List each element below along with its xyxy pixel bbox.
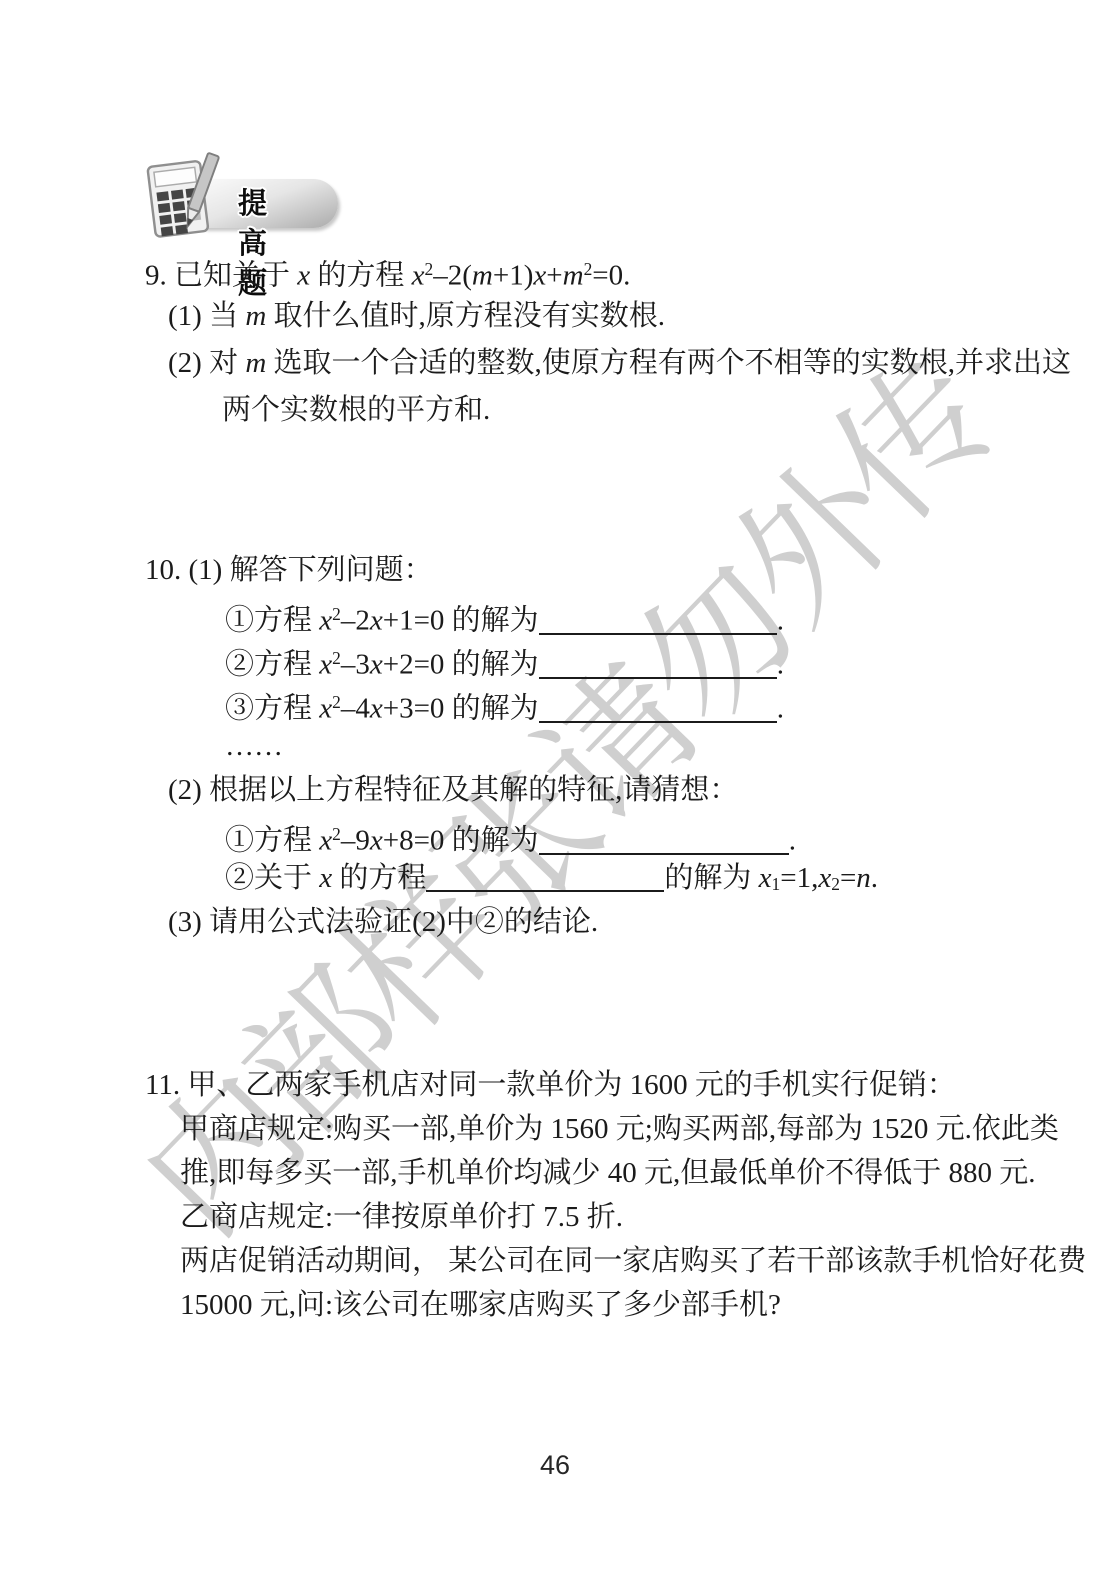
text-run: 2: [332, 604, 341, 624]
math-var: x: [370, 605, 383, 637]
text-run: –2(: [433, 260, 472, 292]
text-run: ①方程: [225, 825, 319, 857]
text-run: +1=0 的解为: [383, 605, 539, 637]
text-run: +1): [493, 260, 534, 292]
text-run: =: [840, 862, 856, 894]
calculator-pencil-icon: [140, 152, 228, 246]
text-run: (2) 对: [168, 347, 245, 379]
text-run: +3=0 的解为: [383, 693, 539, 725]
problem-line: ……: [225, 724, 1023, 768]
text-run: 2: [425, 259, 434, 279]
problem-line: ①方程 x2–9x+8=0 的解为.: [225, 812, 1023, 856]
text-run: .: [789, 825, 796, 857]
problem-9: 9. 已知关于 x 的方程 x2–2(m+1)x+m2=0.(1) 当 m 取什…: [143, 246, 1023, 434]
problem-line: 推,即每多买一部,手机单价均减少 40 元,但最低单价不得低于 880 元.: [180, 1151, 1023, 1195]
math-var: x: [533, 260, 546, 292]
problem-line: 两店促销活动期间， 某公司在同一家店购买了若干部该款手机恰好花费: [180, 1239, 1023, 1283]
text-run: 两个实数根的平方和.: [222, 394, 490, 426]
math-var: x: [319, 605, 332, 637]
text-run: +8=0 的解为: [383, 825, 539, 857]
problem-line: (3) 请用公式法验证(2)中②的结论.: [168, 900, 1023, 944]
text-run: 选取一个合适的整数,使原方程有两个不相等的实数根,并求出这: [266, 347, 1071, 379]
workbook-page: 内部样张请勿外传: [0, 0, 1110, 1571]
text-run: 的方程: [310, 260, 412, 292]
text-run: 2: [584, 259, 593, 279]
problem-line: 15000 元,问:该公司在哪家店购买了多少部手机?: [180, 1283, 1023, 1327]
text-run: .: [777, 605, 784, 637]
problem-line: 10. (1) 解答下列问题：: [145, 548, 1023, 592]
math-var: x: [370, 825, 383, 857]
problem-line: ②方程 x2–3x+2=0 的解为.: [225, 636, 1023, 680]
problem-line: ②关于 x 的方程的解为 x1=1,x2=n.: [225, 856, 1023, 900]
math-var: x: [370, 693, 383, 725]
text-run: 2: [332, 648, 341, 668]
answer-blank: [539, 847, 789, 855]
text-run: ③方程: [225, 693, 319, 725]
answer-blank: [539, 715, 777, 723]
text-run: 10. (1) 解答下列问题：: [145, 554, 433, 586]
problem-line: 甲商店规定:购买一部,单价为 1560 元;购买两部,每部为 1520 元.依此…: [180, 1107, 1023, 1151]
text-run: 的方程: [332, 862, 426, 894]
answer-blank: [539, 627, 777, 635]
text-run: 2: [332, 692, 341, 712]
text-run: .: [777, 693, 784, 725]
math-var: x: [370, 649, 383, 681]
math-var: m: [472, 260, 493, 292]
text-run: 2: [831, 874, 840, 894]
answer-blank: [539, 671, 777, 679]
problem-line: ③方程 x2–4x+3=0 的解为.: [225, 680, 1023, 724]
problem-10: 10. (1) 解答下列问题：①方程 x2–2x+1=0 的解为.②方程 x2–…: [143, 548, 1023, 944]
text-run: (1) 当: [168, 300, 245, 332]
problem-line: ①方程 x2–2x+1=0 的解为.: [225, 592, 1023, 636]
problem-line: (2) 根据以上方程特征及其解的特征,请猜想：: [168, 768, 1023, 812]
problem-line: (1) 当 m 取什么值时,原方程没有实数根.: [168, 293, 1023, 340]
text-run: 两店促销活动期间， 某公司在同一家店购买了若干部该款手机恰好花费: [180, 1245, 1086, 1277]
text-run: +: [546, 260, 562, 292]
text-run: =1,: [780, 862, 818, 894]
text-run: 2: [332, 824, 341, 844]
text-run: (2) 根据以上方程特征及其解的特征,请猜想：: [168, 774, 738, 806]
text-run: 9. 已知关于: [145, 260, 297, 292]
math-var: m: [245, 347, 266, 379]
text-run: .: [777, 649, 784, 681]
page-number: 46: [0, 1450, 1110, 1481]
text-run: 1: [772, 874, 781, 894]
text-run: ②方程: [225, 649, 319, 681]
text-run: 取什么值时,原方程没有实数根.: [266, 300, 665, 332]
text-run: +2=0 的解为: [383, 649, 539, 681]
text-run: ②关于: [225, 862, 319, 894]
math-var: x: [759, 862, 772, 894]
text-run: 推,即每多买一部,手机单价均减少 40 元,但最低单价不得低于 880 元.: [180, 1157, 1036, 1189]
math-var: x: [319, 862, 332, 894]
problem-line: 11. 甲、乙两家手机店对同一款单价为 1600 元的手机实行促销：: [145, 1063, 1023, 1107]
text-run: 甲商店规定:购买一部,单价为 1560 元;购买两部,每部为 1520 元.依此…: [180, 1113, 1059, 1145]
math-var: x: [319, 825, 332, 857]
problem-line: 两个实数根的平方和.: [222, 387, 1023, 434]
text-run: ①方程: [225, 605, 319, 637]
problem-line: 9. 已知关于 x 的方程 x2–2(m+1)x+m2=0.: [145, 246, 1023, 293]
math-var: x: [319, 693, 332, 725]
problem-line: 乙商店规定:一律按原单价打 7.5 折.: [180, 1195, 1023, 1239]
problem-line: (2) 对 m 选取一个合适的整数,使原方程有两个不相等的实数根,并求出这: [168, 340, 1023, 387]
text-run: –3: [341, 649, 370, 681]
text-run: 乙商店规定:一律按原单价打 7.5 折.: [180, 1201, 623, 1233]
text-run: (3) 请用公式法验证(2)中②的结论.: [168, 906, 598, 938]
text-run: ……: [225, 730, 283, 762]
text-run: 15000 元,问:该公司在哪家店购买了多少部手机?: [180, 1289, 781, 1321]
text-run: .: [871, 862, 878, 894]
math-var: x: [412, 260, 425, 292]
text-run: –2: [341, 605, 370, 637]
math-var: x: [319, 649, 332, 681]
math-var: m: [245, 300, 266, 332]
math-var: n: [856, 862, 871, 894]
text-run: –4: [341, 693, 370, 725]
text-run: 的解为: [664, 862, 758, 894]
text-run: –9: [341, 825, 370, 857]
answer-blank: [426, 884, 664, 892]
math-var: m: [563, 260, 584, 292]
text-run: 11. 甲、乙两家手机店对同一款单价为 1600 元的手机实行促销：: [145, 1069, 956, 1101]
problem-11: 11. 甲、乙两家手机店对同一款单价为 1600 元的手机实行促销：甲商店规定:…: [143, 1063, 1023, 1327]
text-run: =0.: [592, 260, 630, 292]
math-var: x: [818, 862, 831, 894]
math-var: x: [297, 260, 310, 292]
